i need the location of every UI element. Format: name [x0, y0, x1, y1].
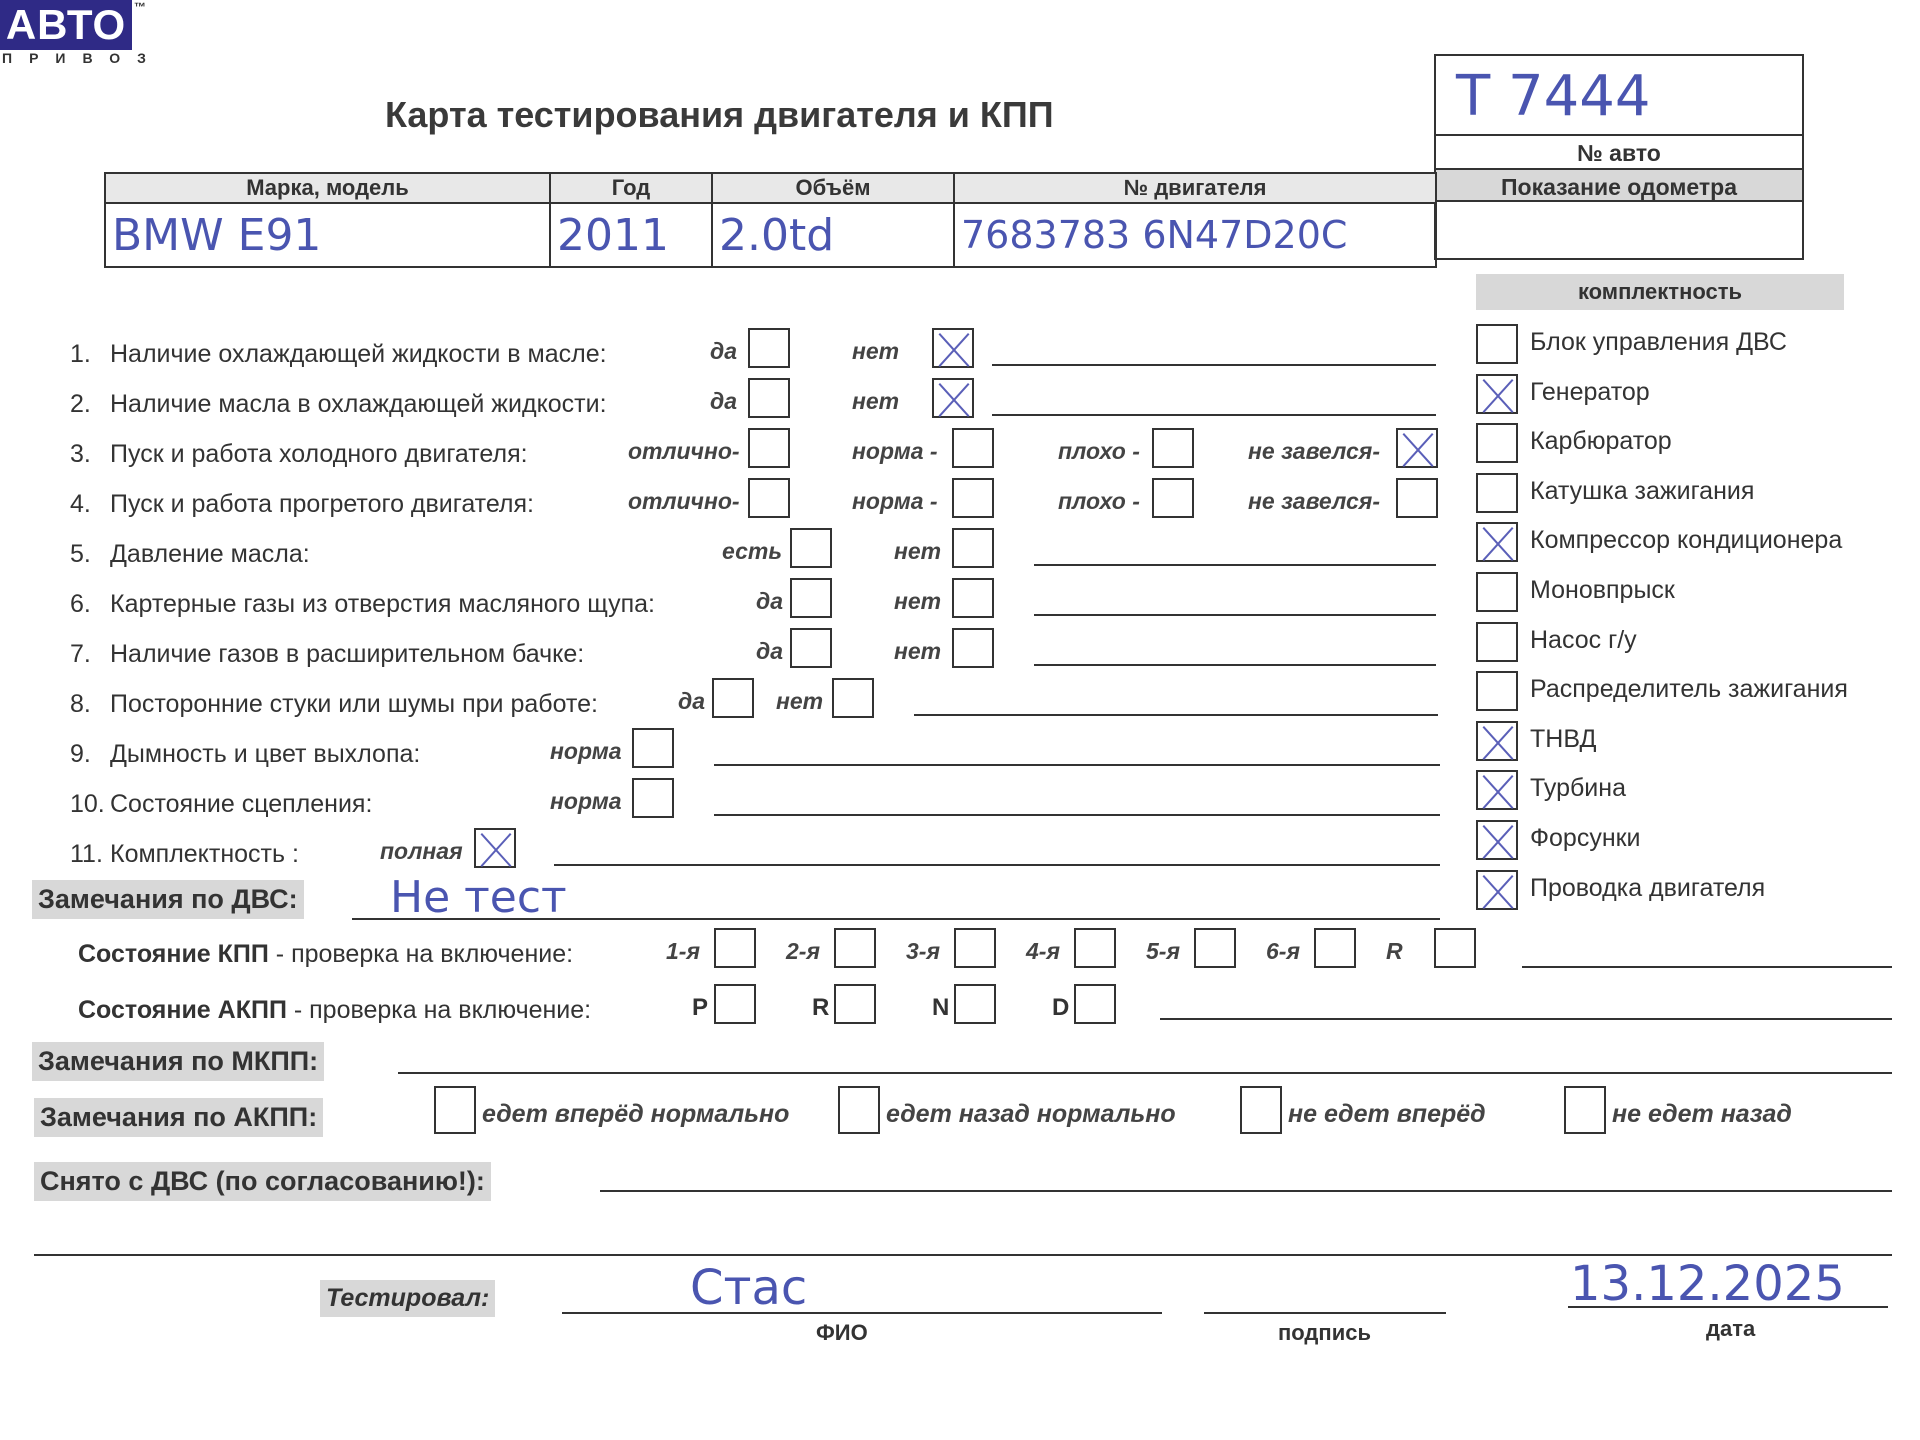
akpp-remark-checkbox[interactable]	[838, 1086, 880, 1134]
option-checkbox[interactable]	[1152, 428, 1194, 468]
question-text: Наличие масла в охлаждающей жидкости:	[110, 390, 607, 418]
engine-number-value[interactable]: 7683783 6N47D20C	[954, 203, 1436, 267]
akpp-label: Состояние АКПП - проверка на включение:	[78, 996, 591, 1025]
option-label: нет	[852, 338, 899, 365]
option-label: отлично-	[628, 438, 740, 465]
gear-label: 4-я	[1026, 938, 1060, 965]
komplektnost-label: Распределитель зажигания	[1530, 675, 1848, 704]
remarks-akpp-label: Замечания по АКПП:	[34, 1098, 323, 1137]
year-value[interactable]: 2011	[550, 203, 712, 267]
komplektnost-checkbox[interactable]	[1476, 522, 1518, 562]
col-header: № двигателя	[954, 173, 1436, 203]
komplektnost-checkbox[interactable]	[1476, 671, 1518, 711]
date-line	[1568, 1306, 1888, 1308]
question-4: 4.Пуск и работа прогретого двигателя:	[70, 490, 534, 519]
auto-number-box: T 7444 № авто Показание одометра	[1434, 54, 1804, 260]
akpp-remark-label: не едет вперёд	[1288, 1100, 1486, 1129]
question-text: Наличие охлаждающей жидкости в масле:	[110, 340, 607, 368]
komplektnost-label: Компрессор кондиционера	[1530, 526, 1842, 555]
option-label: полная	[380, 838, 463, 865]
test-date[interactable]: 13.12.2025	[1570, 1256, 1845, 1312]
question-9: 9.Дымность и цвет выхлопа:	[70, 740, 420, 769]
question-text: Картерные газы из отверстия масляного щу…	[110, 590, 655, 618]
option-checkbox[interactable]	[1396, 478, 1438, 518]
mode-label: P	[692, 994, 708, 1022]
answer-line	[1034, 664, 1436, 666]
option-checkbox[interactable]	[832, 678, 874, 718]
option-label: отлично-	[628, 488, 740, 515]
option-checkbox[interactable]	[790, 628, 832, 668]
question-11: 11.Комплектность :	[70, 840, 299, 869]
question-text: Комплектность :	[110, 840, 299, 868]
sign-line	[1204, 1312, 1446, 1314]
komplektnost-checkbox[interactable]	[1476, 770, 1518, 810]
mode-checkbox[interactable]	[954, 984, 996, 1024]
gear-checkbox[interactable]	[1194, 928, 1236, 968]
komplektnost-checkbox[interactable]	[1476, 721, 1518, 761]
model-value[interactable]: BMW E91	[105, 203, 550, 267]
question-3: 3.Пуск и работа холодного двигателя:	[70, 440, 528, 469]
akpp-remark-label: едет назад нормально	[886, 1100, 1176, 1129]
option-checkbox[interactable]	[748, 328, 790, 368]
question-number: 3.	[70, 440, 110, 469]
question-1: 1.Наличие охлаждающей жидкости в масле:	[70, 340, 607, 369]
question-number: 5.	[70, 540, 110, 569]
question-number: 6.	[70, 590, 110, 619]
question-8: 8.Посторонние стуки или шумы при работе:	[70, 690, 598, 719]
remarks-dvs-label: Замечания по ДВС:	[32, 880, 304, 919]
answer-line	[1034, 614, 1436, 616]
option-checkbox[interactable]	[952, 628, 994, 668]
komplektnost-checkbox[interactable]	[1476, 324, 1518, 364]
col-header: Объём	[712, 173, 954, 203]
mode-checkbox[interactable]	[834, 984, 876, 1024]
option-label: есть	[722, 538, 782, 565]
trademark: ™	[134, 0, 146, 14]
question-number: 7.	[70, 640, 110, 669]
option-label: нет	[894, 588, 941, 615]
gear-label: R	[1386, 938, 1403, 965]
date-caption: дата	[1706, 1316, 1755, 1342]
question-number: 1.	[70, 340, 110, 369]
option-label: да	[710, 338, 737, 365]
removed-label: Снято с ДВС (по согласованию!):	[34, 1162, 491, 1201]
komplektnost-label: Блок управления ДВС	[1530, 328, 1787, 357]
option-checkbox[interactable]	[632, 728, 674, 768]
komplektnost-checkbox[interactable]	[1476, 622, 1518, 662]
akpp-remark-checkbox[interactable]	[434, 1086, 476, 1134]
remarks-mkpp-label: Замечания по МКПП:	[32, 1042, 324, 1081]
option-label: нет	[894, 638, 941, 665]
komplektnost-checkbox[interactable]	[1476, 870, 1518, 910]
gear-checkbox[interactable]	[714, 928, 756, 968]
komplektnost-checkbox[interactable]	[1476, 572, 1518, 612]
auto-number-label: № авто	[1436, 134, 1802, 168]
option-checkbox[interactable]	[952, 428, 994, 468]
answer-line	[714, 814, 1440, 816]
option-label: да	[710, 388, 737, 415]
kpp-label: Состояние КПП - проверка на включение:	[78, 940, 573, 969]
option-label: не завелся-	[1248, 488, 1380, 515]
option-checkbox[interactable]	[474, 828, 516, 868]
komplektnost-checkbox[interactable]	[1476, 473, 1518, 513]
komplektnost-checkbox[interactable]	[1476, 820, 1518, 860]
answer-line	[1034, 564, 1436, 566]
komplektnost-label: Насос г/у	[1530, 626, 1637, 655]
remarks-mkpp-line	[398, 1072, 1892, 1074]
option-checkbox[interactable]	[748, 378, 790, 418]
komplektnost-label: Моновпрыск	[1530, 576, 1675, 605]
option-label: да	[678, 688, 705, 715]
question-text: Состояние сцепления:	[110, 790, 372, 818]
option-checkbox[interactable]	[790, 578, 832, 618]
komplektnost-label: Форсунки	[1530, 824, 1641, 853]
gear-label: 3-я	[906, 938, 940, 965]
tested-label: Тестировал:	[320, 1280, 495, 1317]
answer-line	[554, 864, 1440, 866]
option-checkbox[interactable]	[748, 428, 790, 468]
question-text: Давление масла:	[110, 540, 310, 568]
question-text: Посторонние стуки или шумы при работе:	[110, 690, 598, 718]
logo-subtitle: ПРИВОЗ	[2, 50, 163, 66]
gear-label: 1-я	[666, 938, 700, 965]
odometer-value[interactable]	[1436, 204, 1802, 258]
question-number: 10.	[70, 790, 110, 819]
option-label: да	[756, 588, 783, 615]
option-checkbox[interactable]	[952, 478, 994, 518]
page-title: Карта тестирования двигателя и КПП	[385, 94, 1054, 136]
gear-checkbox[interactable]	[834, 928, 876, 968]
akpp-remark-checkbox[interactable]	[1240, 1086, 1282, 1134]
komplektnost-label: Турбина	[1530, 774, 1626, 803]
answer-line	[914, 714, 1438, 716]
komplektnost-checkbox[interactable]	[1476, 423, 1518, 463]
gear-checkbox[interactable]	[954, 928, 996, 968]
gear-checkbox[interactable]	[1314, 928, 1356, 968]
question-number: 11.	[70, 840, 110, 869]
komplektnost-checkbox[interactable]	[1476, 374, 1518, 414]
auto-number-value[interactable]: T 7444	[1456, 64, 1651, 129]
tester-name[interactable]: Стас	[690, 1260, 807, 1316]
option-checkbox[interactable]	[952, 528, 994, 568]
gear-label: 6-я	[1266, 938, 1300, 965]
option-label: не завелся-	[1248, 438, 1380, 465]
question-2: 2.Наличие масла в охлаждающей жидкости:	[70, 390, 607, 419]
answer-line	[992, 414, 1436, 416]
kpp-line	[1522, 966, 1892, 968]
option-label: нет	[776, 688, 823, 715]
akpp-remark-checkbox[interactable]	[1564, 1086, 1606, 1134]
option-checkbox[interactable]	[1396, 428, 1438, 468]
vehicle-info-table: Марка, модель Год Объём № двигателя BMW …	[104, 172, 1437, 268]
answer-line	[714, 764, 1440, 766]
question-text: Пуск и работа холодного двигателя:	[110, 440, 528, 468]
question-text: Дымность и цвет выхлопа:	[110, 740, 420, 768]
volume-value[interactable]: 2.0td	[712, 203, 954, 267]
option-label: норма	[550, 738, 622, 765]
gear-label: 5-я	[1146, 938, 1180, 965]
option-checkbox[interactable]	[932, 328, 974, 368]
komplektnost-label: ТНВД	[1530, 725, 1596, 754]
option-label: да	[756, 638, 783, 665]
remarks-dvs-value[interactable]: Не тест	[390, 872, 567, 923]
col-header: Марка, модель	[105, 173, 550, 203]
question-5: 5.Давление масла:	[70, 540, 310, 569]
option-checkbox[interactable]	[932, 378, 974, 418]
option-checkbox[interactable]	[632, 778, 674, 818]
odometer-label: Показание одометра	[1436, 168, 1802, 202]
question-text: Пуск и работа прогретого двигателя:	[110, 490, 534, 518]
mode-checkbox[interactable]	[714, 984, 756, 1024]
col-header: Год	[550, 173, 712, 203]
komplektnost-label: Карбюратор	[1530, 427, 1672, 456]
komplektnost-label: Проводка двигателя	[1530, 874, 1765, 903]
option-checkbox[interactable]	[952, 578, 994, 618]
option-label: нет	[894, 538, 941, 565]
option-label: плохо -	[1058, 438, 1140, 465]
mode-label: N	[932, 994, 949, 1022]
question-10: 10.Состояние сцепления:	[70, 790, 372, 819]
name-caption: ФИО	[816, 1320, 868, 1346]
option-checkbox[interactable]	[790, 528, 832, 568]
option-label: плохо -	[1058, 488, 1140, 515]
option-label: норма -	[852, 488, 938, 515]
option-checkbox[interactable]	[1152, 478, 1194, 518]
question-7: 7.Наличие газов в расширительном бачке:	[70, 640, 584, 669]
mode-checkbox[interactable]	[1074, 984, 1116, 1024]
question-number: 4.	[70, 490, 110, 519]
komplektnost-label: Генератор	[1530, 378, 1650, 407]
removed-line	[600, 1190, 1892, 1192]
option-checkbox[interactable]	[712, 678, 754, 718]
question-number: 8.	[70, 690, 110, 719]
question-text: Наличие газов в расширительном бачке:	[110, 640, 584, 668]
option-label: нет	[852, 388, 899, 415]
komplektnost-label: Катушка зажигания	[1530, 477, 1754, 506]
question-6: 6.Картерные газы из отверстия масляного …	[70, 590, 655, 619]
answer-line	[992, 364, 1436, 366]
option-label: норма -	[852, 438, 938, 465]
akpp-remark-label: не едет назад	[1612, 1100, 1792, 1129]
name-line	[562, 1312, 1162, 1314]
remarks-dvs-line	[352, 918, 1440, 920]
option-label: норма	[550, 788, 622, 815]
mode-label: R	[812, 994, 829, 1022]
gear-checkbox[interactable]	[1434, 928, 1476, 968]
akpp-line	[1160, 1018, 1892, 1020]
question-number: 2.	[70, 390, 110, 419]
komplektnost-title: комплектность	[1476, 274, 1844, 310]
logo: АВТО	[0, 0, 132, 50]
option-checkbox[interactable]	[748, 478, 790, 518]
mode-label: D	[1052, 994, 1069, 1022]
gear-label: 2-я	[786, 938, 820, 965]
akpp-remark-label: едет вперёд нормально	[482, 1100, 789, 1129]
gear-checkbox[interactable]	[1074, 928, 1116, 968]
question-number: 9.	[70, 740, 110, 769]
sign-caption: подпись	[1278, 1320, 1371, 1346]
